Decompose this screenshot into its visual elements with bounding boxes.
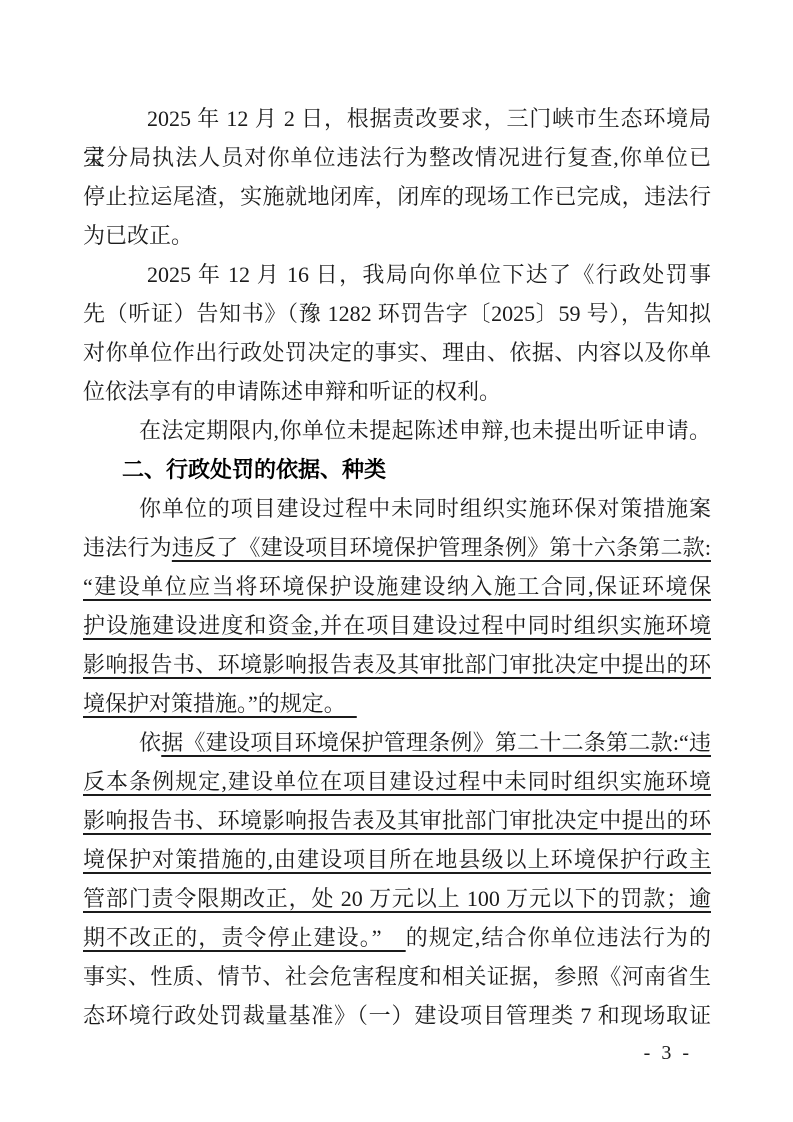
para-violation-line-4: 护设施建设进度和资金,并在项目建设过程中同时组织实施环境 (83, 606, 711, 645)
para-violation-line-2: 违法行为违反了《建设项目环境保护管理条例》第十六条第二款: (83, 528, 711, 567)
para-penalty-basis-line-7: 事实、性质、情节、社会危害程度和相关证据，参照《河南省生 (83, 957, 711, 996)
para-recheck-line-2: 宝分局执法人员对你单位违法行为整改情况进行复查,你单位已 (83, 138, 711, 177)
para-violation-line-5: 影响报告书、环境影响报告表及其审批部门审批决定中提出的环 (83, 645, 711, 684)
underlined-citation: 影响报告书、环境影响报告表及其审批部门审批决定中提出的环 (83, 652, 711, 677)
para-recheck-line-4: 为已改正。 (83, 216, 711, 255)
underlined-citation: 境保护对策措施。”的规定。 (83, 691, 357, 716)
para-penalty-basis-line-1: 依据《建设项目环境保护管理条例》第二十二条第二款:“违 (83, 723, 711, 762)
plain-text: 依 (139, 730, 161, 755)
underlined-citation: “建设单位应当将环境保护设施建设纳入施工合同,保证环境保 (83, 574, 711, 599)
para-notice-line-1: 2025 年 12 月 16 日，我局向你单位下达了《行政处罚事 (83, 255, 711, 294)
page-number: - 3 - (644, 1042, 692, 1064)
para-recheck-line-1: 2025 年 12 月 2 日，根据责改要求，三门峡市生态环境局灵 (83, 99, 711, 138)
para-penalty-basis-line-2: 反本条例规定,建设单位在项目建设过程中未同时组织实施环境 (83, 762, 711, 801)
para-violation-line-6: 境保护对策措施。”的规定。 (83, 684, 711, 723)
underlined-citation: 反本条例规定,建设单位在项目建设过程中未同时组织实施环境 (83, 769, 711, 794)
underlined-citation: 境保护对策措施的,由建设项目所在地县级以上环境保护行政主 (83, 847, 711, 872)
plain-text: 的规定,结合你单位违法行为的 (406, 925, 711, 950)
para-penalty-basis-line-4: 境保护对策措施的,由建设项目所在地县级以上环境保护行政主 (83, 840, 711, 879)
para-notice-line-4: 位依法享有的申请陈述申辩和听证的权利。 (83, 372, 711, 411)
para-violation-line-1: 你单位的项目建设过程中未同时组织实施环保对策措施案 (83, 489, 711, 528)
plain-text: 违法行为 (83, 535, 172, 560)
para-no-hearing-line-1: 在法定期限内,你单位未提起陈述申辩,也未提出听证申请。 (83, 411, 711, 450)
para-notice-line-2: 先（听证）告知书》（豫 1282 环罚告字〔2025〕59 号），告知拟 (83, 294, 711, 333)
document-body: 2025 年 12 月 2 日，根据责改要求，三门峡市生态环境局灵 宝分局执法人… (83, 99, 711, 1035)
underlined-citation: 管部门责令限期改正，处 20 万元以上 100 万元以下的罚款；逾 (83, 886, 711, 911)
para-recheck-line-3: 停止拉运尾渣，实施就地闭库，闭库的现场工作已完成，违法行 (83, 177, 711, 216)
para-notice-line-3: 对你单位作出行政处罚决定的事实、理由、依据、内容以及你单 (83, 333, 711, 372)
para-penalty-basis-line-8: 态环境行政处罚裁量基准》（一）建设项目管理类 7 和现场取证 (83, 996, 711, 1035)
underlined-citation: 影响报告书、环境影响报告表及其审批部门审批决定中提出的环 (83, 808, 711, 833)
underlined-citation: 违反了《建设项目环境保护管理条例》第十六条第二款: (172, 535, 711, 560)
underlined-citation: 期不改正的，责令停止建设。” (83, 925, 406, 950)
para-penalty-basis-line-6: 期不改正的，责令停止建设。” 的规定,结合你单位违法行为的 (83, 918, 711, 957)
para-penalty-basis-line-3: 影响报告书、环境影响报告表及其审批部门审批决定中提出的环 (83, 801, 711, 840)
para-violation-line-3: “建设单位应当将环境保护设施建设纳入施工合同,保证环境保 (83, 567, 711, 606)
para-penalty-basis-line-5: 管部门责令限期改正，处 20 万元以上 100 万元以下的罚款；逾 (83, 879, 711, 918)
document-page: 2025 年 12 月 2 日，根据责改要求，三门峡市生态环境局灵 宝分局执法人… (0, 0, 793, 1122)
section-heading-basis: 二、行政处罚的依据、种类 (83, 450, 711, 489)
underlined-citation: 据《建设项目环境保护管理条例》第二十二条第二款:“违 (161, 730, 711, 755)
underlined-citation: 护设施建设进度和资金,并在项目建设过程中同时组织实施环境 (83, 613, 711, 638)
